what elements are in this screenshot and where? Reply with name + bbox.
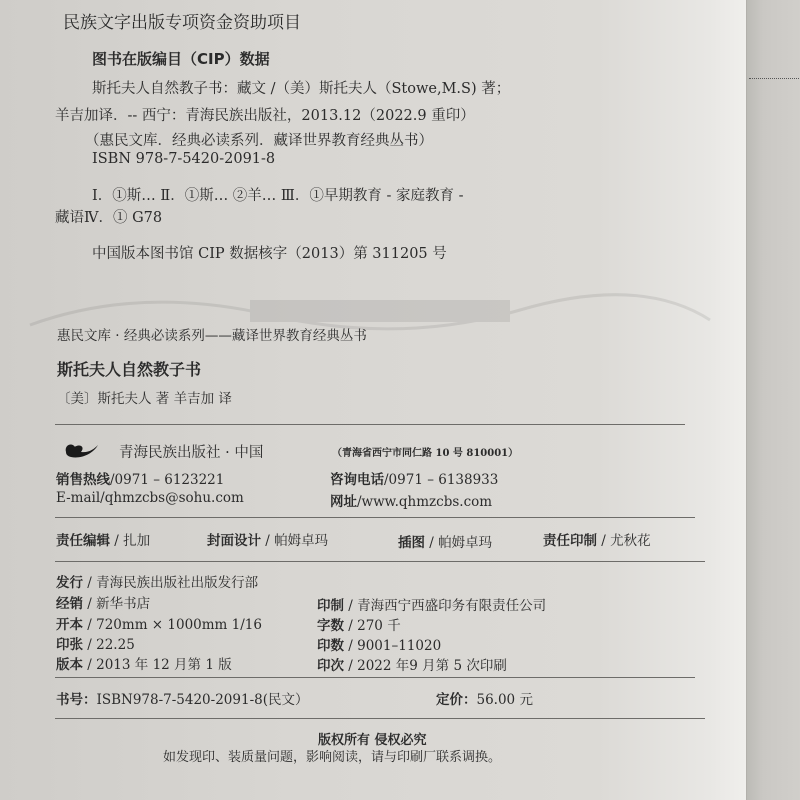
detail-edition: 版本 / 2013 年 12 月第 1 版: [56, 653, 232, 673]
book-title: 斯托夫人自然教子书: [57, 357, 201, 380]
detail-value: / 270 千: [344, 618, 401, 634]
detail-label: 发行: [56, 575, 83, 591]
detail-print-run: 印数 / 9001–11020: [317, 634, 441, 654]
detail-value: / 2022 年9 月第 5 次印刷: [344, 658, 507, 674]
sales-hotline: 销售热线/0971 – 6123221: [56, 468, 224, 488]
detail-distributor: 发行 / 青海民族出版社出版发行部: [56, 571, 258, 591]
book-number-value: ISBN978-7-5420-2091-8(民文）: [97, 692, 309, 708]
divider: [55, 677, 695, 678]
publisher-name: 青海民族出版社 · 中国: [119, 441, 263, 462]
detail-label: 印数: [317, 638, 344, 654]
inquiry-phone-label: 咨询电话: [330, 472, 384, 488]
authors-line: 〔美〕斯托夫人 著 羊吉加 译: [57, 387, 232, 407]
detail-label: 经销: [56, 596, 83, 612]
cip-isbn: ISBN 978-7-5420-2091-8: [92, 151, 275, 167]
credit-cover-design: 封面设计 / 帕姆卓玛: [207, 529, 328, 549]
price: 定价：56.00 元: [436, 688, 533, 708]
credit-printing: 责任印制 / 尤秋花: [543, 529, 651, 549]
website-label: 网址: [330, 494, 357, 510]
credit-value: / 扎加: [110, 533, 150, 549]
detail-value: / 720mm × 1000mm 1/16: [83, 617, 262, 633]
series-title: 惠民文库 · 经典必读系列——藏译世界教育经典丛书: [57, 324, 367, 344]
detail-label: 字数: [317, 618, 344, 634]
publisher-logo-icon: [63, 440, 99, 460]
credit-illustration: 插图 / 帕姆卓玛: [398, 531, 492, 551]
sales-hotline-label: 销售热线: [56, 472, 110, 488]
cip-approval-number: 中国版本图书馆 CIP 数据核字（2013）第 311205 号: [92, 242, 447, 263]
detail-label: 印张: [56, 637, 83, 653]
divider: [55, 561, 705, 562]
detail-printer: 印制 / 青海西宁西盛印务有限责任公司: [317, 594, 546, 614]
divider: [55, 517, 695, 518]
cip-classification-2: 藏语Ⅳ．① G78: [55, 206, 162, 227]
publisher-website: 网址/www.qhmzcbs.com: [330, 490, 492, 510]
detail-label: 开本: [56, 617, 83, 633]
detail-value: / 新华书店: [83, 596, 150, 612]
quality-notice: 如发现印、装质量问题，影响阅读，请与印刷厂联系调换。: [163, 746, 501, 765]
price-value: 56.00 元: [477, 692, 533, 708]
credit-value: / 尤秋花: [597, 533, 651, 549]
funding-note: 民族文字出版专项资金资助项目: [63, 8, 301, 33]
book-number: 书号：ISBN978-7-5420-2091-8(民文）: [56, 688, 309, 708]
detail-word-count: 字数 / 270 千: [317, 614, 401, 634]
cip-line-3: （惠民文库．经典必读系列．藏译世界教育经典丛书）: [85, 129, 433, 150]
credit-value: / 帕姆卓玛: [425, 535, 492, 551]
website-value: /www.qhmzcbs.com: [357, 494, 492, 510]
cip-line-1: 斯托夫人自然教子书：藏文 /（美）斯托夫人（Stowe,M.S) 著；: [92, 77, 510, 98]
sales-hotline-value: /0971 – 6123221: [110, 472, 224, 488]
cip-heading: 图书在版编目（CIP）数据: [92, 48, 270, 69]
publisher-address: （青海省西宁市同仁路 10 号 810001）: [332, 444, 518, 459]
copyright-page: 民族文字出版专项资金资助项目 图书在版编目（CIP）数据 斯托夫人自然教子书：藏…: [0, 0, 746, 800]
cip-line-2: 羊吉加译．-- 西宁：青海民族出版社，2013.12（2022.9 重印）: [55, 104, 475, 125]
publisher-email: E-mail/qhmzcbs@sohu.com: [56, 490, 244, 506]
adjacent-page-edge: [746, 0, 800, 800]
divider: [55, 718, 705, 719]
detail-impression: 印次 / 2022 年9 月第 5 次印刷: [317, 654, 507, 674]
detail-sheets: 印张 / 22.25: [56, 633, 135, 653]
detail-format: 开本 / 720mm × 1000mm 1/16: [56, 613, 262, 633]
detail-label: 版本: [56, 657, 83, 673]
credit-editor: 责任编辑 / 扎加: [56, 529, 150, 549]
credit-label: 责任编辑: [56, 533, 110, 549]
credit-value: / 帕姆卓玛: [261, 533, 328, 549]
detail-label: 印次: [317, 658, 344, 674]
credit-label: 责任印制: [543, 533, 597, 549]
detail-value: / 青海民族出版社出版发行部: [83, 575, 258, 591]
divider: [55, 424, 685, 425]
detail-value: / 9001–11020: [344, 638, 441, 654]
cip-classification-1: Ⅰ．①斯… Ⅱ．①斯… ②羊… Ⅲ．①早期教育 - 家庭教育 -: [92, 184, 464, 205]
inquiry-phone: 咨询电话/0971 – 6138933: [330, 468, 498, 488]
credit-label: 插图: [398, 535, 425, 551]
dotted-line: [749, 78, 800, 79]
price-label: 定价：: [436, 692, 477, 708]
detail-value: / 青海西宁西盛印务有限责任公司: [344, 598, 546, 614]
detail-dealer: 经销 / 新华书店: [56, 592, 150, 612]
inquiry-phone-value: /0971 – 6138933: [384, 472, 498, 488]
detail-value: / 22.25: [83, 637, 135, 653]
detail-label: 印制: [317, 598, 344, 614]
book-number-label: 书号：: [56, 692, 97, 708]
detail-value: / 2013 年 12 月第 1 版: [83, 657, 232, 673]
credit-label: 封面设计: [207, 533, 261, 549]
